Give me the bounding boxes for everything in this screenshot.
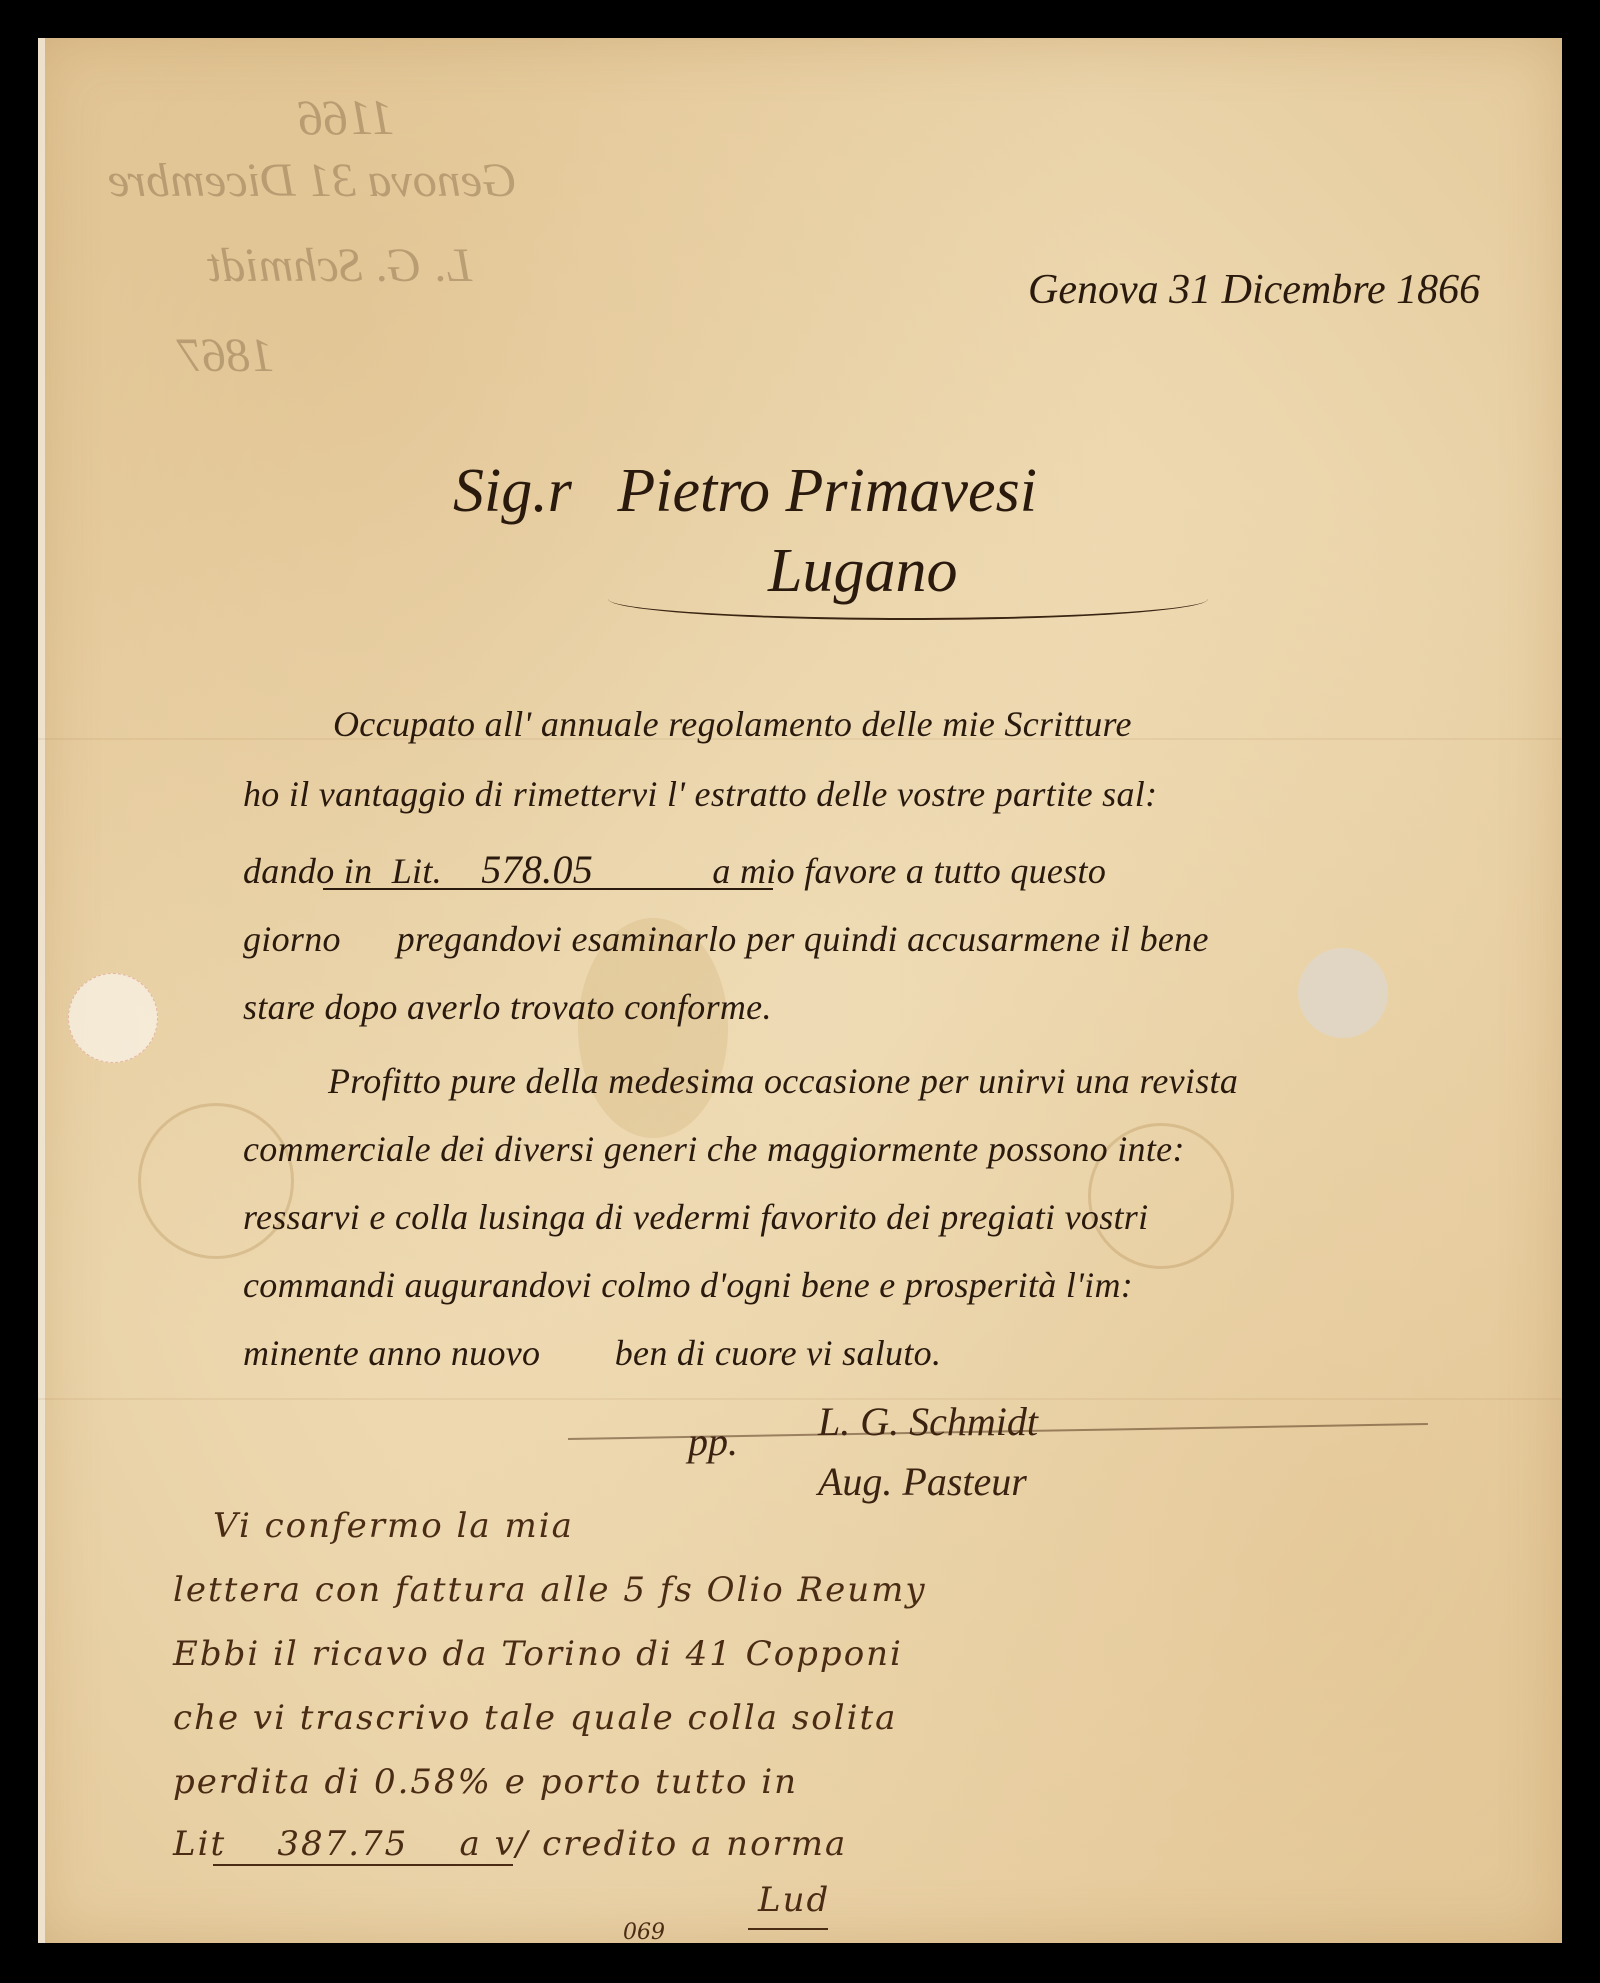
postscript-line: perdita di 0.58% e porto tutto in — [173, 1762, 798, 1802]
body-line: commandi augurandovi colmo d'ogni bene e… — [243, 1264, 1133, 1306]
bleed-through-text: 1166 — [298, 88, 394, 146]
letter-page: 1166 Genova 31 Dicembre L. G. Schmidt 18… — [38, 38, 1562, 1943]
blue-stain — [1298, 948, 1388, 1038]
body-text: a mio favore a tutto questo — [712, 851, 1106, 891]
body-line: giorno pregandovi esaminarlo per quindi … — [243, 918, 1209, 960]
postscript-line-amount: Lit 387.75 a v/ credito a norma — [173, 1824, 847, 1864]
body-line: minente anno nuovo ben di cuore vi salut… — [243, 1332, 941, 1374]
place-date: Genova 31 Dicembre 1866 — [1028, 266, 1480, 314]
body-line-amount: dando in Lit. 578.05 a mio favore a tutt… — [243, 846, 1106, 893]
postscript-line: Ebbi il ricavo da Torino di 41 Copponi — [173, 1634, 903, 1674]
paper-fold — [38, 1398, 1562, 1400]
page-mark: 069 — [623, 1920, 665, 1945]
bleed-through-text: L. G. Schmidt — [208, 238, 472, 293]
bleed-through-text: Genova 31 Dicembre — [108, 153, 517, 208]
postscript-closing: Lud — [758, 1880, 830, 1920]
page-edge — [38, 38, 45, 1943]
salutation: Sig.r — [453, 457, 572, 525]
bleed-through-text: 1867 — [178, 328, 274, 383]
addressee-name: Pietro Primavesi — [617, 457, 1037, 525]
amount-underline — [323, 888, 773, 890]
closing-stroke — [748, 1928, 828, 1930]
postscript-line: Vi confermo la mia — [213, 1506, 574, 1546]
amount-label: Lit. — [392, 851, 442, 891]
body-line: ho il vantaggio di rimettervi l' estratt… — [243, 773, 1157, 815]
body-line: commerciale dei diversi generi che maggi… — [243, 1128, 1185, 1170]
flourish — [608, 578, 1208, 620]
seal-mark — [68, 973, 158, 1063]
ps-amount-underline — [213, 1864, 513, 1866]
signature-line-1: L. G. Schmidt — [818, 1398, 1038, 1445]
signature-prefix: pp. — [688, 1418, 738, 1465]
addressee-line: Sig.r Pietro Primavesi — [453, 456, 1037, 527]
body-text: dando in — [243, 851, 372, 891]
body-line: stare dopo averlo trovato conforme. — [243, 986, 772, 1028]
amount-value: 578.05 — [481, 847, 593, 892]
body-line: ressarvi e colla lusinga di vedermi favo… — [243, 1196, 1148, 1238]
signature-line-2: Aug. Pasteur — [818, 1458, 1027, 1505]
body-line: Profitto pure della medesima occasione p… — [328, 1060, 1238, 1102]
postscript-line: che vi trascrivo tale quale colla solita — [173, 1698, 897, 1738]
postscript-line: lettera con fattura alle 5 fs Olio Reumy — [173, 1570, 927, 1610]
body-line: Occupato all' annuale regolamento delle … — [333, 703, 1132, 745]
